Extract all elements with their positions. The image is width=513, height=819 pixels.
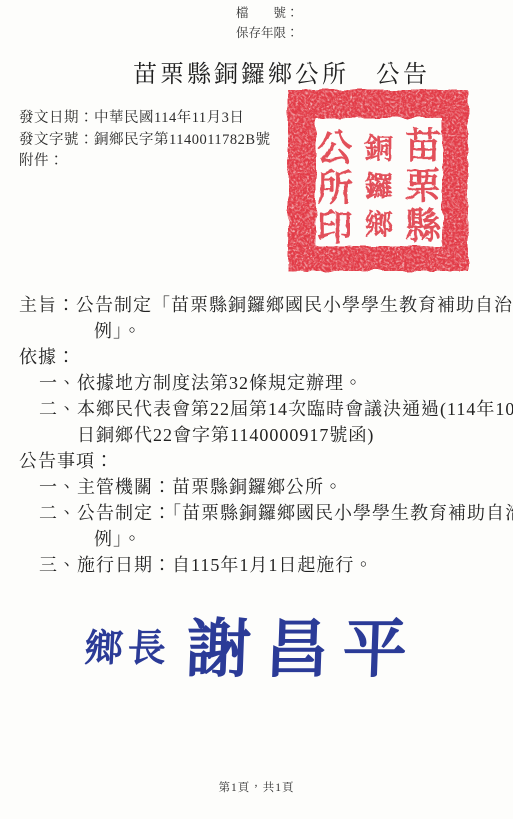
page-number: 第1頁，共1頁 xyxy=(0,779,513,795)
file-number-label: 檔 號： xyxy=(236,3,299,23)
subject-line-wrap: 例」。 xyxy=(19,318,511,344)
basis-item-1: 一、依據地方制度法第32條規定辦理。 xyxy=(19,370,511,396)
mayor-title: 鄉長 xyxy=(84,617,173,672)
matters-item-3: 三、施行日期：自115年1月1日起施行。 xyxy=(19,552,511,578)
matters-item-1: 一、主管機關：苗栗縣銅鑼鄉公所。 xyxy=(19,474,511,500)
svg-text:縣: 縣 xyxy=(405,206,442,246)
announcement-body: 主旨：公告制定「苗栗縣銅鑼鄉國民小學學生教育補助自治條 例」。 依據： 一、依據… xyxy=(19,292,511,578)
signature-block: 鄉長 謝昌平 xyxy=(85,598,421,690)
basis-label: 依據： xyxy=(19,344,511,370)
mayor-signature: 謝昌平 xyxy=(185,598,422,690)
matters-label: 公告事項： xyxy=(19,448,511,474)
svg-text:鄉: 鄉 xyxy=(365,208,394,241)
svg-text:印: 印 xyxy=(317,208,353,248)
official-seal-icon: 苗 栗 縣 銅 鑼 鄉 公 所 印 xyxy=(286,88,470,273)
svg-text:苗: 苗 xyxy=(405,126,441,166)
basis-item-2-wrap: 日銅鄉代22會字第1140000917號函) xyxy=(19,422,511,448)
file-header: 檔 號： 保存年限： xyxy=(236,3,299,43)
seal-script-text: 苗 栗 縣 銅 鑼 鄉 公 所 印 xyxy=(317,126,442,248)
doc-number: 發文字號：銅鄉民字第1140011782B號 xyxy=(19,130,271,152)
retention-period-label: 保存年限： xyxy=(236,23,299,43)
svg-text:公: 公 xyxy=(317,128,353,168)
svg-text:銅: 銅 xyxy=(364,133,393,165)
svg-text:栗: 栗 xyxy=(405,166,441,206)
issue-date: 發文日期：中華民國114年11月3日 xyxy=(19,108,271,130)
attachment-label: 附件： xyxy=(19,151,271,173)
matters-item-2: 二、公告制定：「苗栗縣銅鑼鄉國民小學學生教育補助自治條 xyxy=(19,500,511,526)
svg-text:鑼: 鑼 xyxy=(365,171,393,203)
page-title: 苗栗縣銅鑼鄉公所 公告 xyxy=(133,54,430,89)
subject-line: 主旨：公告制定「苗栗縣銅鑼鄉國民小學學生教育補助自治條 xyxy=(19,292,511,318)
matters-item-2-wrap: 例」。 xyxy=(19,526,511,552)
issuing-meta: 發文日期：中華民國114年11月3日 發文字號：銅鄉民字第1140011782B… xyxy=(19,108,271,173)
svg-text:所: 所 xyxy=(317,168,353,208)
basis-item-2: 二、本鄉民代表會第22屆第14次臨時會議決通過(114年10月16 xyxy=(19,396,511,422)
announcement-page: 檔 號： 保存年限： 苗栗縣銅鑼鄉公所 公告 發文日期：中華民國114年11月3… xyxy=(0,0,513,819)
